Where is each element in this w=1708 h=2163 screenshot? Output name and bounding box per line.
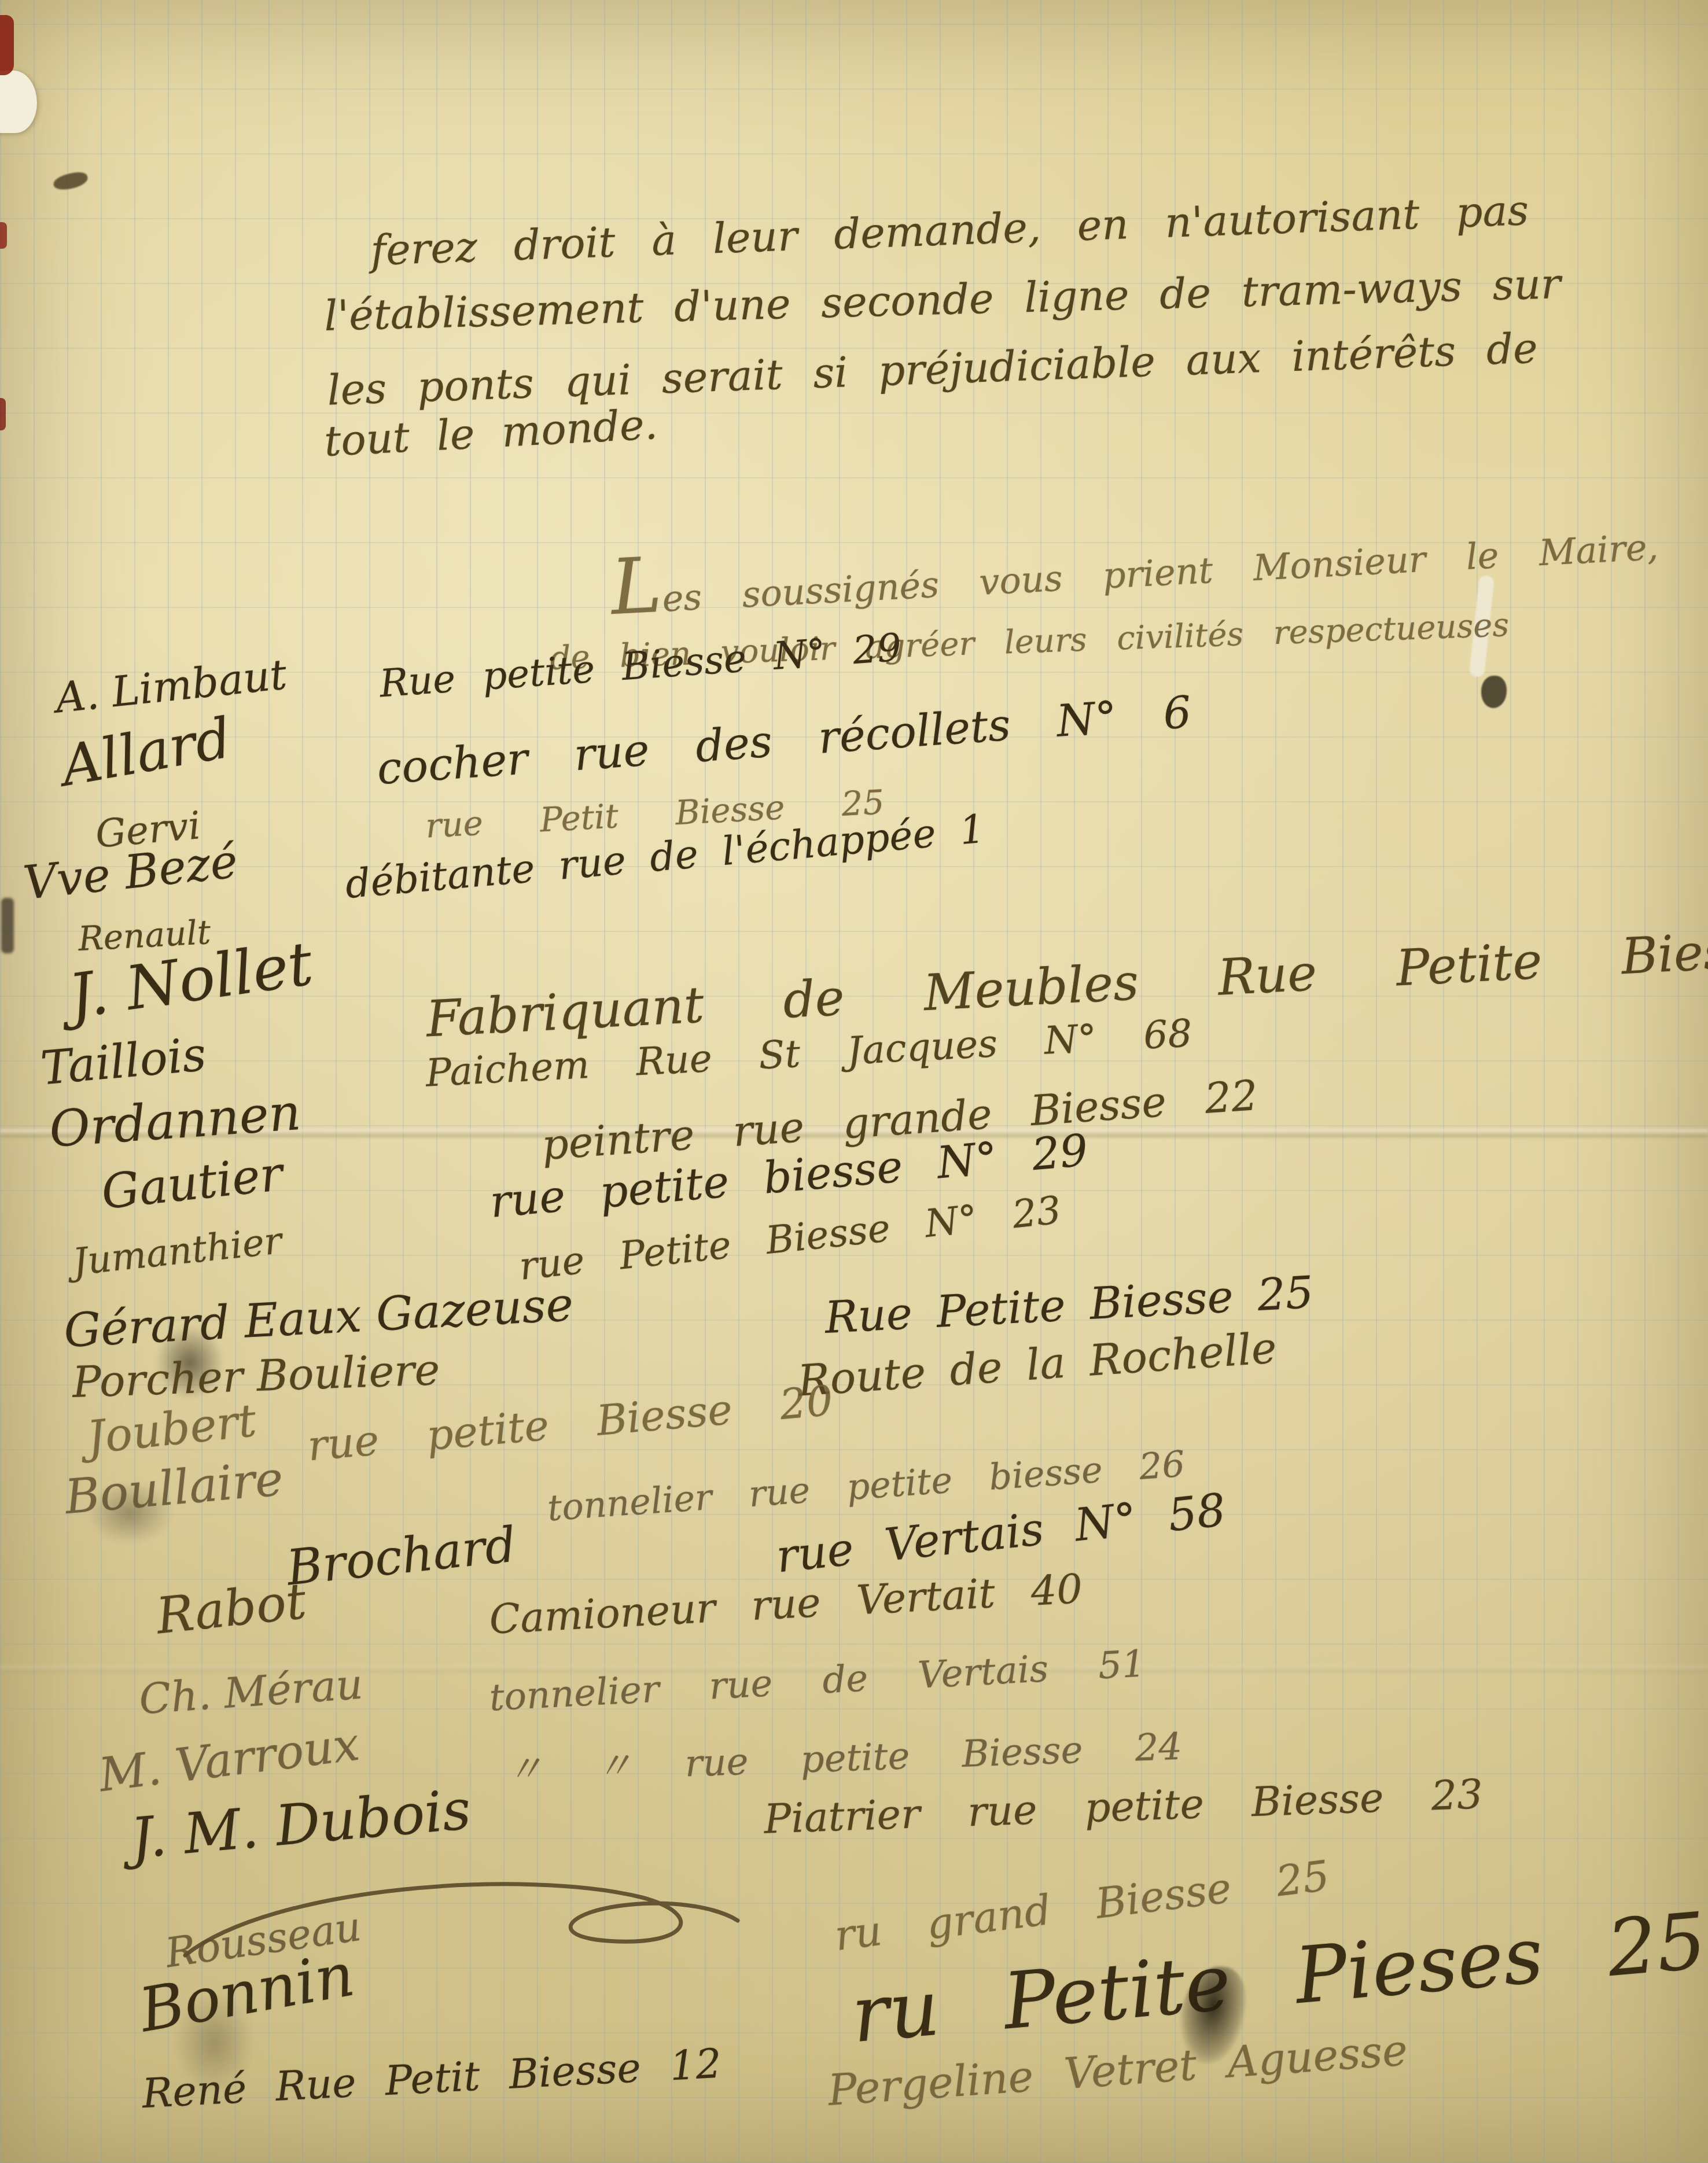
edge-stain: [0, 222, 7, 249]
signature-address: Piatrier rue petite Biesse 23: [763, 1774, 1484, 1839]
signature-name: Vve Bezé: [21, 838, 240, 907]
footer-signature: René Rue Petit Biesse 12: [141, 2043, 723, 2114]
ink-drip: [1481, 676, 1507, 708]
signature-name: J. M. Dubois: [128, 1781, 473, 1866]
signature-address: cocher rue des récollets N° 6: [376, 690, 1192, 791]
signature-name: Porcher Bouliere: [72, 1348, 441, 1404]
salutation-line: Les soussignés vous prient Monsieur le M…: [610, 511, 1659, 620]
signature-name: Taillois: [39, 1031, 208, 1092]
edge-stain: [0, 398, 6, 430]
signature-name: Boullaire: [63, 1455, 285, 1522]
signature-name: Ch. Mérau: [138, 1663, 364, 1720]
petition-body-line: l'établissement d'une seconde ligne de t…: [323, 263, 1561, 337]
ink-smear: [52, 170, 89, 192]
signature-address: tonnelier rue de Vertais 51: [488, 1645, 1146, 1716]
signature-name: Rabot: [154, 1576, 308, 1642]
manuscript-page: ferez droit à leur demande, en n'autoris…: [0, 0, 1708, 2163]
signature-name: Gérard Eaux Gazeuse: [63, 1281, 575, 1354]
torn-corner: [0, 71, 37, 133]
signature-name: Gautier: [100, 1151, 285, 1217]
signature-address: 〃 〃 rue petite Biesse 24: [506, 1729, 1183, 1789]
signature-name: Brochard: [285, 1520, 518, 1592]
signature-name: Ordannen: [48, 1088, 303, 1155]
edge-stain: [0, 15, 14, 75]
signature-name: Allard: [57, 710, 235, 794]
signature-name: M. Varroux: [97, 1721, 362, 1799]
petition-body-line: les ponts qui serait si préjudiciable au…: [326, 327, 1538, 411]
edge-stain: [1, 898, 14, 953]
signature-name: A. Limbaut: [53, 653, 289, 719]
signature-name: Jumanthier: [71, 1222, 284, 1281]
petition-body-line: ferez droit à leur demande, en n'autoris…: [370, 189, 1529, 271]
signature-name: Joubert: [85, 1398, 259, 1461]
